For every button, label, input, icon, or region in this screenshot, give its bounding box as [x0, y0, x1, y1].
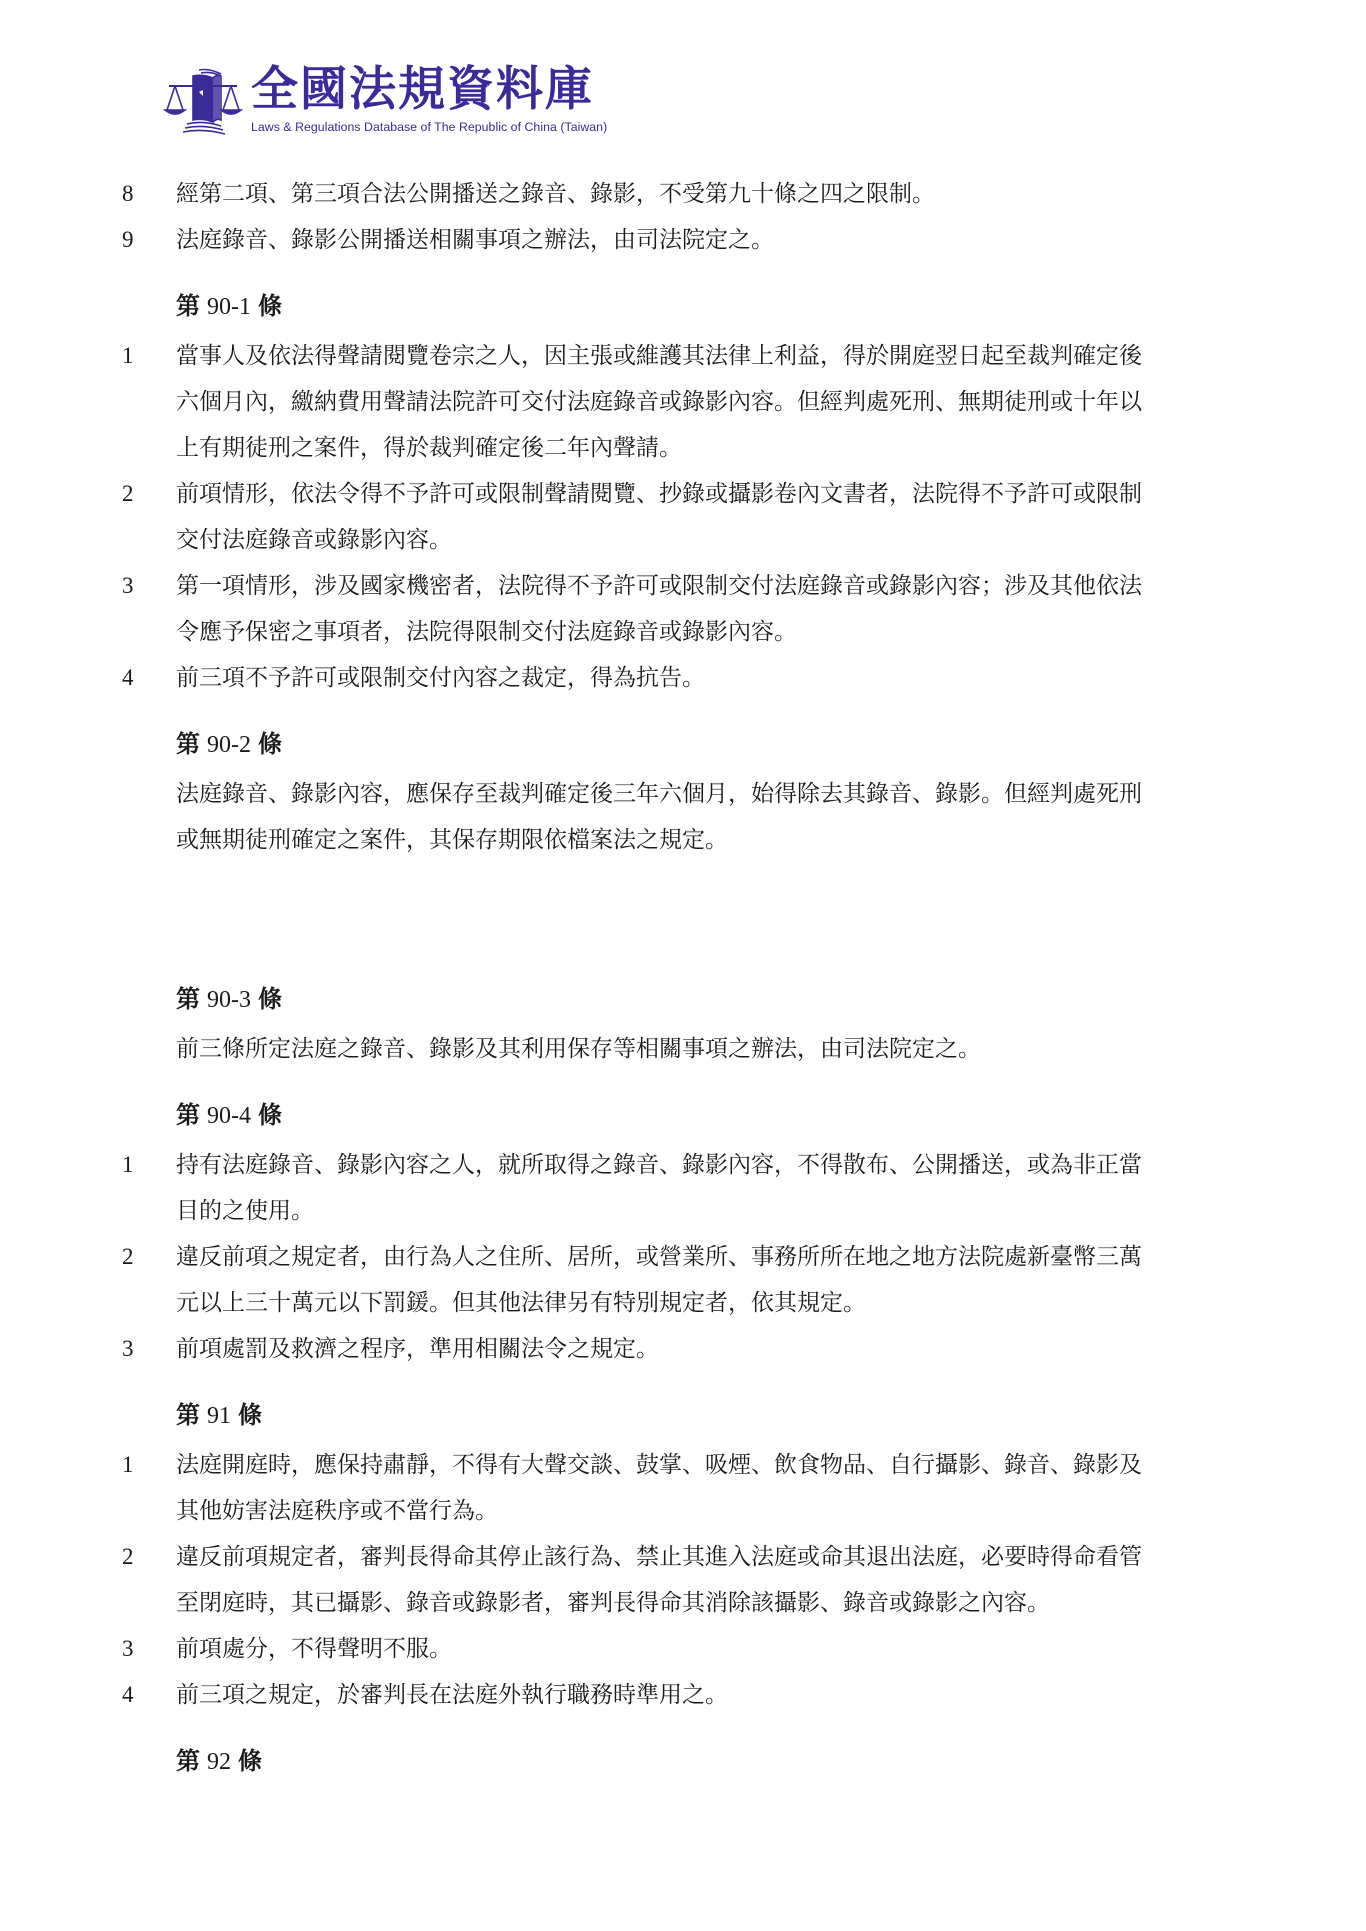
paragraph-number: 2	[122, 479, 134, 509]
article-heading: 第92條	[176, 1747, 262, 1777]
paragraph-text: 前項處罰及救濟之程序，準用相關法令之規定。	[176, 1334, 659, 1364]
paragraph-text: 違反前項規定者，審判長得命其停止該行為、禁止其進入法庭或命其退出法庭，必要時得命…	[176, 1542, 1142, 1572]
paragraph-text: 前三項之規定，於審判長在法庭外執行職務時準用之。	[176, 1680, 728, 1710]
paragraph-number: 1	[122, 341, 134, 371]
article-heading: 第91條	[176, 1401, 262, 1431]
paragraph-text: 經第二項、第三項合法公開播送之錄音、錄影，不受第九十條之四之限制。	[176, 179, 935, 209]
paragraph-text: 當事人及依法得聲請閱覽卷宗之人，因主張或維護其法律上利益，得於開庭翌日起至裁判確…	[176, 341, 1142, 371]
paragraph-text: 違反前項之規定者，由行為人之住所、居所，或營業所、事務所所在地之地方法院處新臺幣…	[176, 1242, 1142, 1272]
paragraph-text: 其他妨害法庭秩序或不當行為。	[176, 1496, 498, 1526]
paragraph-text: 或無期徒刑確定之案件，其保存期限依檔案法之規定。	[176, 825, 728, 855]
logo-title: 全國法規資料庫	[251, 62, 607, 118]
paragraph-text: 第一項情形，涉及國家機密者，法院得不予許可或限制交付法庭錄音或錄影內容；涉及其他…	[176, 571, 1142, 601]
site-logo: 全國法規資料庫 Laws & Regulations Database of T…	[163, 62, 607, 138]
paragraph-number: 1	[122, 1150, 134, 1180]
paragraph-text: 至閉庭時，其已攝影、錄音或錄影者，審判長得命其消除該攝影、錄音或錄影之內容。	[176, 1588, 1050, 1618]
paragraph-number: 4	[122, 663, 134, 693]
paragraph-number: 1	[122, 1450, 134, 1480]
paragraph-number: 3	[122, 571, 134, 601]
paragraph-text: 元以上三十萬元以下罰鍰。但其他法律另有特別規定者，依其規定。	[176, 1288, 866, 1318]
paragraph-text: 上有期徒刑之案件，得於裁判確定後二年內聲請。	[176, 433, 682, 463]
paragraph-text: 前項情形，依法令得不予許可或限制聲請閱覽、抄錄或攝影卷內文書者，法院得不予許可或…	[176, 479, 1142, 509]
paragraph-text: 法庭開庭時，應保持肅靜，不得有大聲交談、鼓掌、吸煙、飲食物品、自行攝影、錄音、錄…	[176, 1450, 1142, 1480]
paragraph-text: 前三條所定法庭之錄音、錄影及其利用保存等相關事項之辦法，由司法院定之。	[176, 1034, 981, 1064]
paragraph-number: 4	[122, 1680, 134, 1710]
article-heading: 第90-2條	[176, 730, 282, 760]
paragraph-number: 9	[122, 225, 134, 255]
scales-book-icon	[163, 66, 243, 136]
paragraph-number: 2	[122, 1542, 134, 1572]
paragraph-text: 前三項不予許可或限制交付內容之裁定，得為抗告。	[176, 663, 705, 693]
paragraph-text: 持有法庭錄音、錄影內容之人，就所取得之錄音、錄影內容，不得散布、公開播送，或為非…	[176, 1150, 1142, 1180]
paragraph-text: 六個月內，繳納費用聲請法院許可交付法庭錄音或錄影內容。但經判處死刑、無期徒刑或十…	[176, 387, 1142, 417]
article-heading: 第90-4條	[176, 1101, 282, 1131]
logo-subtitle: Laws & Regulations Database of The Repub…	[251, 120, 607, 134]
paragraph-text: 令應予保密之事項者，法院得限制交付法庭錄音或錄影內容。	[176, 617, 797, 647]
paragraph-number: 2	[122, 1242, 134, 1272]
paragraph-text: 法庭錄音、錄影內容，應保存至裁判確定後三年六個月，始得除去其錄音、錄影。但經判處…	[176, 779, 1142, 809]
paragraph-text: 目的之使用。	[176, 1196, 314, 1226]
paragraph-number: 3	[122, 1334, 134, 1364]
paragraph-number: 3	[122, 1634, 134, 1664]
paragraph-number: 8	[122, 179, 134, 209]
article-heading: 第90-1條	[176, 292, 282, 322]
paragraph-text: 法庭錄音、錄影公開播送相關事項之辦法，由司法院定之。	[176, 225, 774, 255]
article-heading: 第90-3條	[176, 985, 282, 1015]
paragraph-text: 前項處分，不得聲明不服。	[176, 1634, 452, 1664]
paragraph-text: 交付法庭錄音或錄影內容。	[176, 525, 452, 555]
